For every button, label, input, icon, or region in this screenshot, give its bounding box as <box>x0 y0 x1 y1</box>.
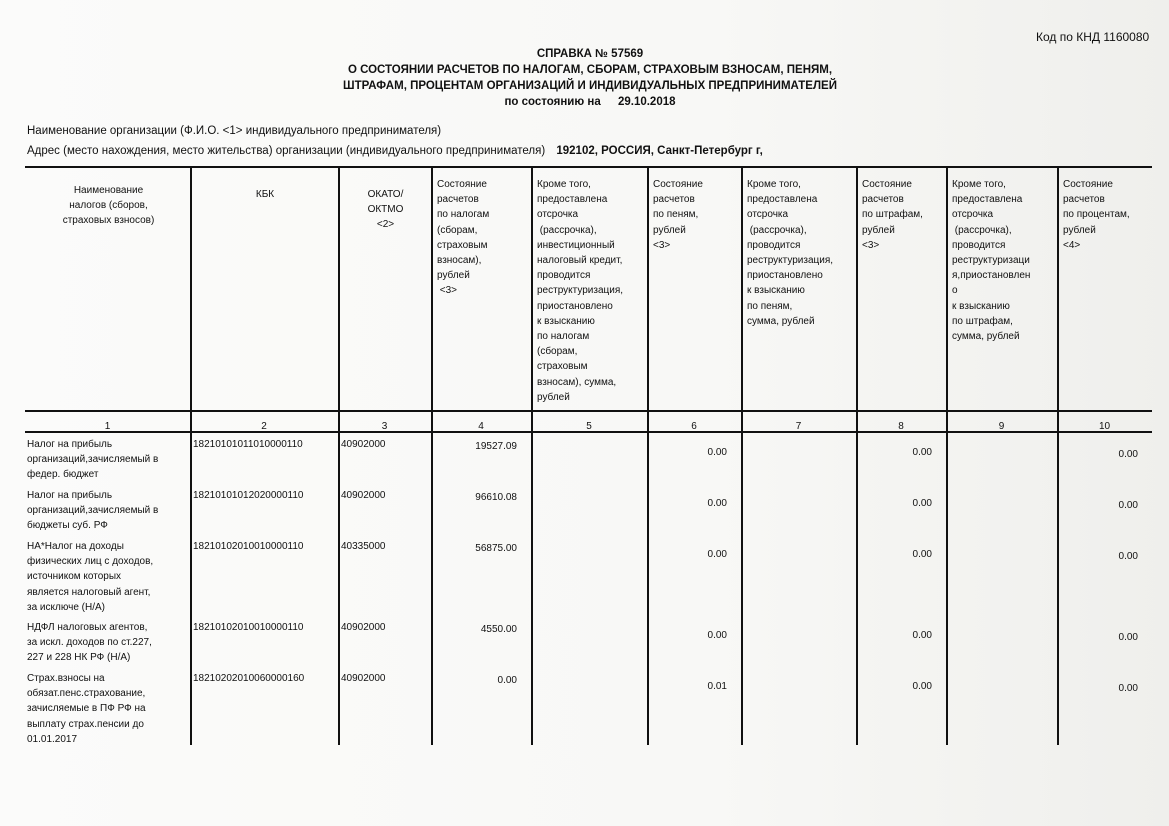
column-header: КБК <box>196 187 334 202</box>
column-number: 6 <box>647 421 741 432</box>
fines-balance-cell: 0.00 <box>856 628 932 643</box>
kbk-cell: 18210202010060000160 <box>193 671 304 686</box>
column-header: Кроме того, предоставлена отсрочка (расс… <box>537 177 643 405</box>
column-divider <box>946 166 948 745</box>
date-label: по состоянию на <box>504 94 600 110</box>
column-number: 5 <box>531 421 647 432</box>
header-bottom-border <box>25 410 1152 412</box>
fines-balance-cell: 0.00 <box>856 496 932 511</box>
column-number: 9 <box>946 421 1057 432</box>
tax-name-cell: НА*Налог на доходы физических лиц с дохо… <box>27 539 153 615</box>
fines-balance-cell: 0.00 <box>856 679 932 694</box>
oktmo-cell: 40902000 <box>341 437 386 452</box>
column-header: Наименование налогов (сборов, страховых … <box>31 183 186 229</box>
tax-name-cell: Налог на прибыль организаций,зачисляемый… <box>27 488 158 534</box>
fines-balance-cell: 0.00 <box>856 445 932 460</box>
column-header: Состояние расчетов по налогам (сборам, с… <box>437 177 527 299</box>
date-value: 29.10.2018 <box>618 94 676 110</box>
penalties-balance-cell: 0.00 <box>647 547 727 562</box>
column-divider <box>338 166 340 745</box>
title-line-3: ШТРАФАМ, ПРОЦЕНТАМ ОРГАНИЗАЦИЙ И ИНДИВИД… <box>330 78 850 94</box>
column-number: 3 <box>338 421 431 432</box>
column-divider <box>431 166 433 745</box>
oktmo-cell: 40902000 <box>341 620 386 635</box>
oktmo-cell: 40335000 <box>341 539 386 554</box>
taxes-balance-cell: 0.00 <box>431 673 517 688</box>
taxes-balance-cell: 56875.00 <box>431 541 517 556</box>
column-header: Состояние расчетов по штрафам, рублей <3… <box>862 177 942 253</box>
interest-balance-cell: 0.00 <box>1057 447 1138 462</box>
column-number: 4 <box>431 421 531 432</box>
penalties-balance-cell: 0.00 <box>647 628 727 643</box>
column-divider <box>741 166 743 745</box>
oktmo-cell: 40902000 <box>341 671 386 686</box>
tax-name-cell: НДФЛ налоговых агентов, за искл. доходов… <box>27 620 152 666</box>
table-top-border <box>25 166 1152 168</box>
org-address-label: Адрес (место нахождения, место жительств… <box>27 145 545 157</box>
tax-name-cell: Страх.взносы на обязат.пенс.страхование,… <box>27 671 146 747</box>
date-line: по состоянию на 29.10.2018 <box>330 94 850 110</box>
interest-balance-cell: 0.00 <box>1057 549 1138 564</box>
kbk-cell: 18210102010010000110 <box>193 539 304 554</box>
penalties-balance-cell: 0.00 <box>647 445 727 460</box>
penalties-balance-cell: 0.01 <box>647 679 727 694</box>
kbk-cell: 18210102010010000110 <box>193 620 304 635</box>
column-header: Состояние расчетов по процентам, рублей … <box>1063 177 1148 253</box>
column-number: 8 <box>856 421 946 432</box>
org-name-label: Наименование организации (Ф.И.О. <1> инд… <box>27 125 441 137</box>
knd-code: Код по КНД 1160080 <box>1036 30 1149 44</box>
column-header: Кроме того, предоставлена отсрочка (расс… <box>747 177 852 329</box>
column-divider <box>531 166 533 745</box>
document-title: СПРАВКА № 57569 О СОСТОЯНИИ РАСЧЕТОВ ПО … <box>330 46 850 110</box>
title-line-1: СПРАВКА № 57569 <box>330 46 850 62</box>
column-header: ОКАТО/ ОКТМО <2> <box>344 187 427 233</box>
column-divider <box>190 166 192 745</box>
kbk-cell: 18210101012020000110 <box>193 488 304 503</box>
interest-balance-cell: 0.00 <box>1057 630 1138 645</box>
column-number: 10 <box>1057 421 1152 432</box>
column-header: Состояние расчетов по пеням, рублей <3> <box>653 177 737 253</box>
taxes-balance-cell: 4550.00 <box>431 622 517 637</box>
title-line-2: О СОСТОЯНИИ РАСЧЕТОВ ПО НАЛОГАМ, СБОРАМ,… <box>330 62 850 78</box>
interest-balance-cell: 0.00 <box>1057 498 1138 513</box>
penalties-balance-cell: 0.00 <box>647 496 727 511</box>
column-number: 1 <box>25 421 190 432</box>
org-address-value: 192102, РОССИЯ, Санкт-Петербург г, <box>556 145 763 157</box>
org-address-line: Адрес (место нахождения, место жительств… <box>27 145 763 157</box>
tax-name-cell: Налог на прибыль организаций,зачисляемый… <box>27 437 158 483</box>
interest-balance-cell: 0.00 <box>1057 681 1138 696</box>
column-number: 2 <box>190 421 338 432</box>
document-page: Код по КНД 1160080 СПРАВКА № 57569 О СОС… <box>0 0 1169 826</box>
fines-balance-cell: 0.00 <box>856 547 932 562</box>
taxes-balance-cell: 96610.08 <box>431 490 517 505</box>
column-header: Кроме того, предоставлена отсрочка (расс… <box>952 177 1053 344</box>
taxes-balance-cell: 19527.09 <box>431 439 517 454</box>
column-number: 7 <box>741 421 856 432</box>
kbk-cell: 18210101011010000110 <box>193 437 303 452</box>
oktmo-cell: 40902000 <box>341 488 386 503</box>
